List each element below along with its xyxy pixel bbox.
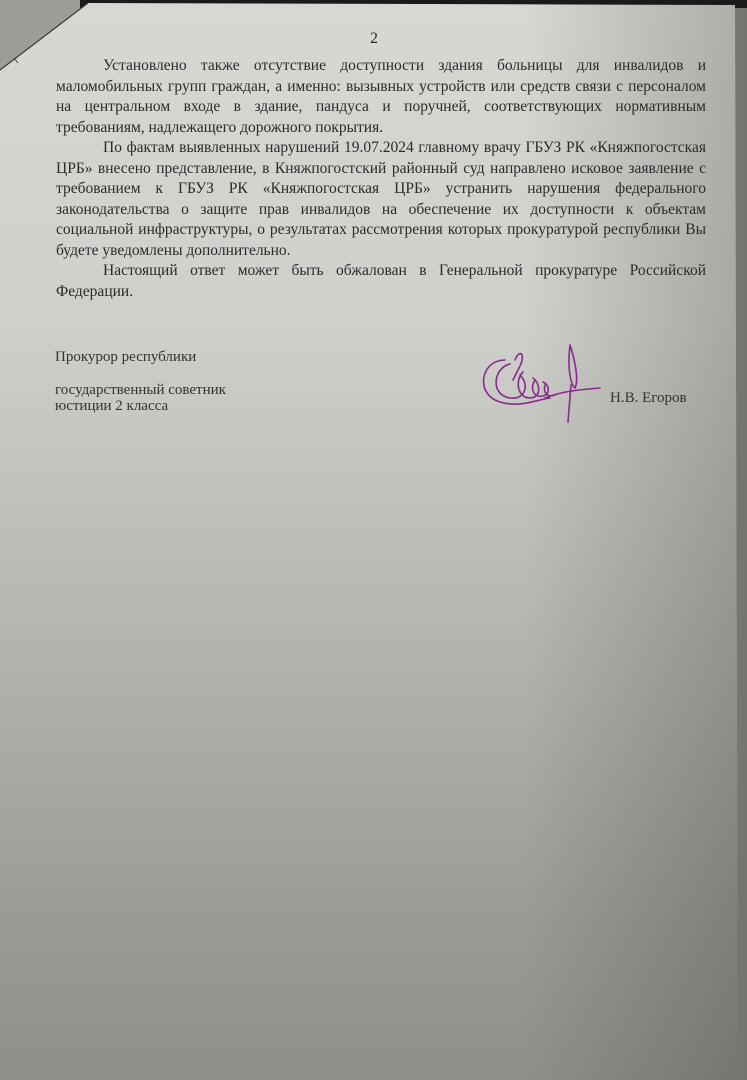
document-body: Установлено также отсутствие доступности… xyxy=(56,56,706,302)
signatory-block: Прокурор республики государственный сове… xyxy=(55,349,226,414)
handwritten-signature xyxy=(475,340,605,425)
paragraph-violations: По фактам выявленных нарушений 19.07.202… xyxy=(56,138,706,261)
signatory-rank-line1: государственный советник xyxy=(55,382,226,398)
signatory-name: Н.В. Егоров xyxy=(610,390,687,407)
paragraph-accessibility: Установлено также отсутствие доступности… xyxy=(56,56,706,138)
signatory-position: Прокурор республики xyxy=(55,349,226,365)
paragraph-appeal: Настоящий ответ может быть обжалован в Г… xyxy=(56,261,706,302)
signatory-rank-line2: юстиции 2 класса xyxy=(55,398,226,414)
page-number: 2 xyxy=(370,30,378,48)
